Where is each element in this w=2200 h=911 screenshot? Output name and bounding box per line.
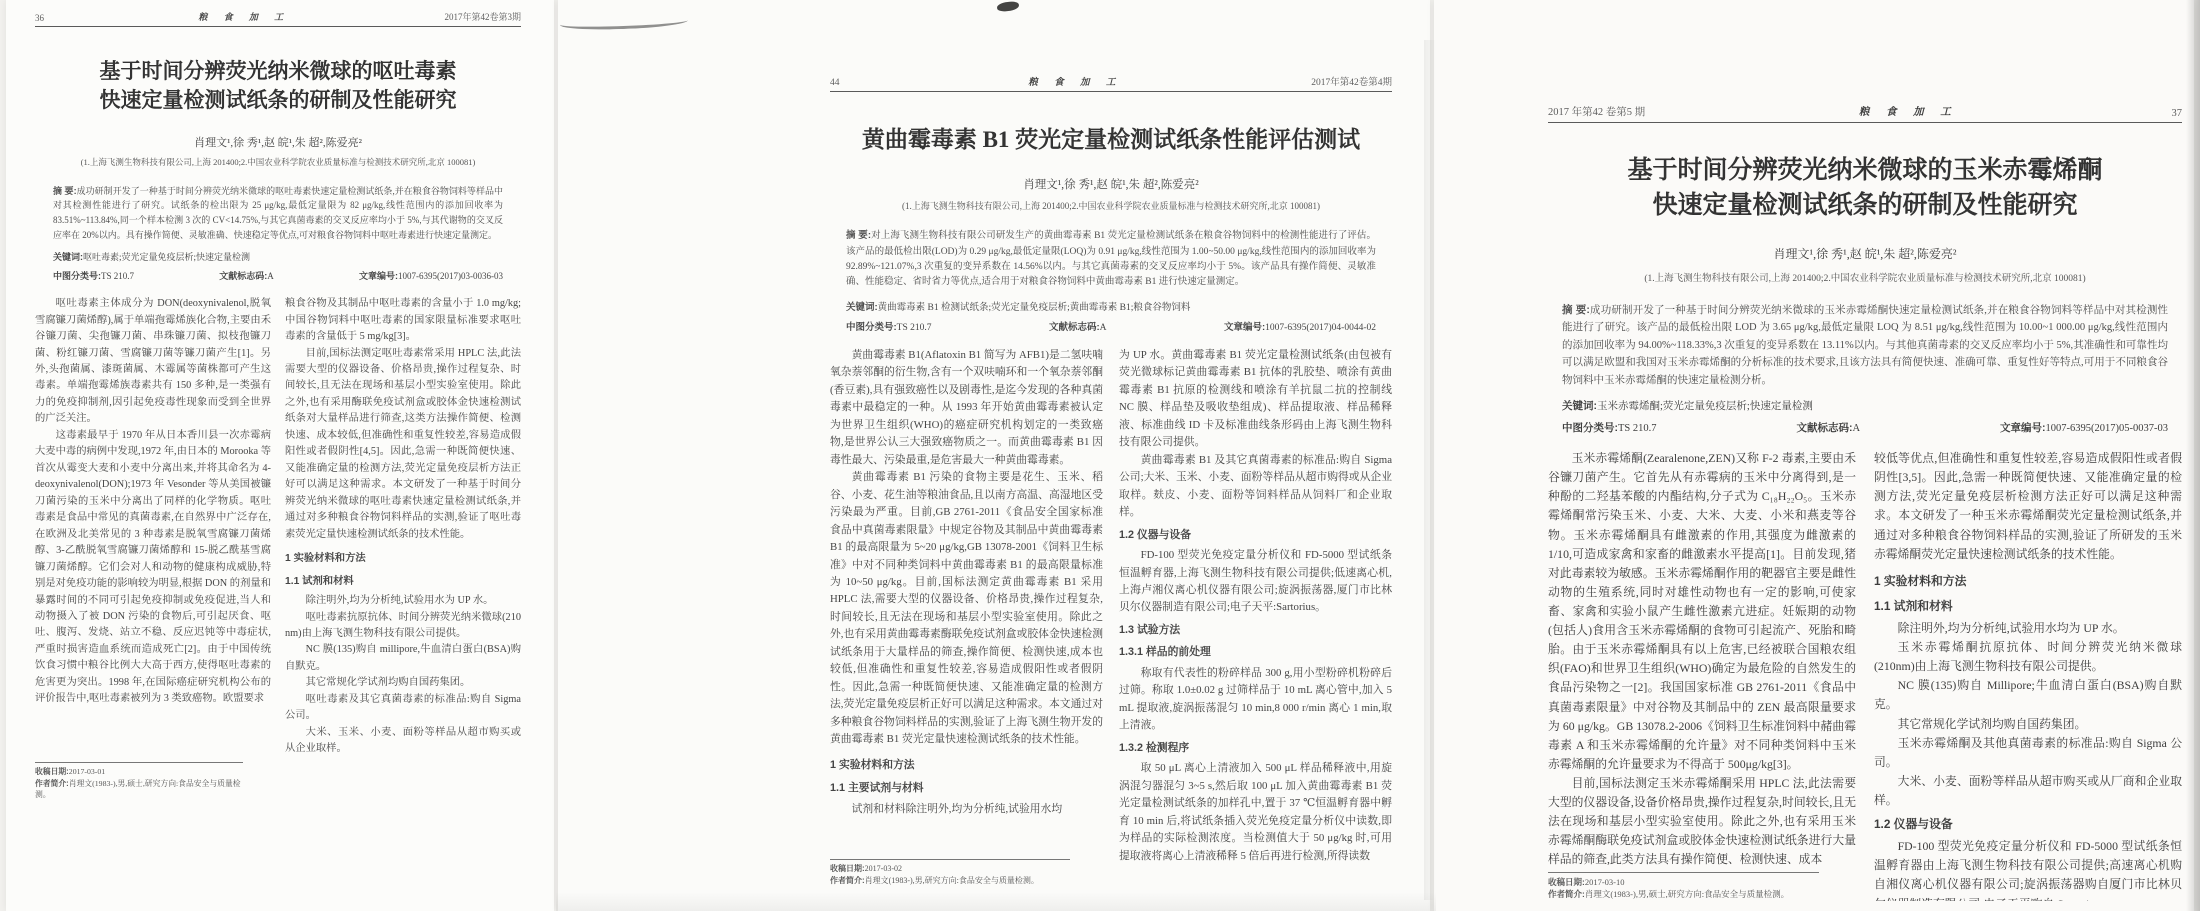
abstract-label: 摘 要:: [1562, 304, 1590, 316]
body-paragraph: 为 UP 水。黄曲霉毒素 B1 荧光定量检测试纸条(由包被有荧光微球标记黄曲霉毒…: [1119, 347, 1392, 452]
journal-name: 粮 食 加 工: [198, 10, 290, 23]
left-column-body: 黄曲霉毒素 B1(Aflatoxin B1 简写为 AFB1)是二氢呋喃氧杂萘邻…: [830, 347, 1103, 859]
journal-name: 粮 食 加 工: [1028, 74, 1122, 88]
right-column-body: 为 UP 水。黄曲霉毒素 B1 荧光定量检测试纸条(由包被有荧光微球标记黄曲霉毒…: [1119, 347, 1392, 887]
body-columns: 黄曲霉毒素 B1(Aflatoxin B1 简写为 AFB1)是二氢呋喃氧杂萘邻…: [830, 347, 1392, 887]
running-header: 2017 年第42 卷第5 期 粮 食 加 工 37: [1548, 104, 2182, 123]
body-paragraph: 除注明外,均为分析纯,试验用水为 UP 水。: [285, 593, 521, 609]
body-paragraph: 黄曲霉毒素 B1(Aflatoxin B1 简写为 AFB1)是二氢呋喃氧杂萘邻…: [830, 347, 1103, 469]
abstract: 摘 要:对上海飞测生物科技有限公司研发生产的黄曲霉毒素 B1 荧光定量检测试纸条…: [830, 228, 1392, 291]
page-number: 44: [830, 78, 840, 88]
classification-row: 中图分类号:TS 210.7 文献标志码:A 文章编号:1007-6395(20…: [35, 269, 521, 282]
running-header: 44 粮 食 加 工 2017年第42卷第4期: [830, 74, 1392, 92]
body-paragraph: 这毒素最早于 1970 年从日本香川县一次赤霉病大麦中毒的病例中发现,1972 …: [35, 428, 271, 708]
keywords-text: 呕吐毒素;荧光定量免疫层析;快速定量检测: [83, 252, 250, 262]
article-number: 文章编号:1007-6395(2017)05-0037-03: [2000, 420, 2168, 435]
title-line-1: 黄曲霉毒素 B1 荧光定量检测试纸条性能评估测试: [862, 127, 1360, 152]
paper-page-3: 2017 年第42 卷第5 期 粮 食 加 工 37 基于时间分辨荧光纳米微球的…: [1548, 104, 2182, 901]
body-columns: 玉米赤霉烯酮(Zearalenone,ZEN)又称 F-2 毒素,主要由禾谷镰刀…: [1548, 449, 2182, 901]
paper-page-2: 44 粮 食 加 工 2017年第42卷第4期 黄曲霉毒素 B1 荧光定量检测试…: [830, 74, 1392, 887]
abstract: 摘 要:成功研制开发了一种基于时间分辨荧光纳米微球的玉米赤霉烯酮快速定量检测试纸…: [1548, 302, 2182, 389]
abstract-label: 摘 要:: [846, 230, 871, 241]
body-paragraph: 玉米赤霉烯酮抗原抗体、时间分辨荧光纳米微球(210nm)由上海飞测生物科技有限公…: [1874, 638, 2182, 676]
scan-bottom-shadow: [556, 892, 1436, 911]
body-paragraph: FD-100 型荧光免疫定量分析仪和 FD-5000 型试纸条恒温孵育器由上海飞…: [1874, 837, 2182, 901]
issue-info: 2017年第42卷第3期: [444, 10, 521, 23]
section-heading: 1.3.1 样品的前处理: [1119, 644, 1392, 661]
title-line-1: 基于时间分辨荧光纳米微球的玉米赤霉烯酮: [1627, 157, 2102, 184]
section-heading: 1 实验材料和方法: [285, 551, 521, 567]
page-number: 37: [2172, 108, 2183, 119]
abstract-text: 成功研制开发了一种基于时间分辨荧光纳米微球的玉米赤霉烯酮快速定量检测试纸条,并在…: [1562, 305, 2168, 386]
scan-edge-shadow: [2186, 0, 2200, 911]
left-column: 黄曲霉毒素 B1(Aflatoxin B1 简写为 AFB1)是二氢呋喃氧杂萘邻…: [830, 347, 1103, 887]
keywords-label: 关键词:: [53, 252, 83, 262]
author-bio: 作者简介:肖理文(1983-),男,研究方向:食品安全与质量检测。: [830, 875, 1070, 887]
paper-page-1: 36 粮 食 加 工 2017年第42卷第3期 基于时间分辨荧光纳米微球的呕吐毒…: [35, 10, 521, 801]
section-heading: 1 实验材料和方法: [1874, 572, 2182, 591]
abstract: 摘 要:成功研制开发了一种基于时间分辨荧光纳米微球的呕吐毒素快速定量检测试纸条,…: [35, 184, 521, 242]
section-heading: 1.1 试剂和材料: [285, 574, 521, 590]
author-bio: 作者简介:肖理文(1983-),男,硕士,研究方向:食品安全与质量检测。: [35, 778, 243, 801]
received-date: 收稿日期:2017-03-10: [1548, 876, 1819, 889]
body-paragraph: 目前,国标法测定玉米赤霉烯酮采用 HPLC 法,此法需要大型的仪器设备,设备价格…: [1548, 774, 1856, 870]
page-number: 36: [35, 13, 44, 23]
keywords-label: 关键词:: [846, 302, 878, 313]
keywords-text: 玉米赤霉烯酮;荧光定量免疫层析;快速定量检测: [1597, 401, 1813, 412]
body-paragraph: FD-100 型荧光免疫定量分析仪和 FD-5000 型试纸条恒温孵育器,上海飞…: [1119, 547, 1392, 617]
authors-line: 肖理文¹,徐 秀¹,赵 皖¹,朱 超²,陈爱亮²: [35, 134, 521, 150]
section-heading: 1.2 仪器与设备: [1874, 815, 2182, 834]
body-paragraph: 较低等优点,但准确性和重复性较差,容易造成假阳性或者假阴性[3,5]。因此,急需…: [1874, 449, 2182, 564]
scan-crease: [1424, 40, 1436, 900]
section-heading: 1.1 主要试剂与材料: [830, 780, 1103, 797]
document-code: 文献标志码:A: [1049, 319, 1107, 333]
keywords-line: 关键词:黄曲霉毒素 B1 检测试纸条;荧光定量免疫层析;黄曲霉毒素 B1;粮食谷…: [830, 299, 1392, 313]
right-column-body: 较低等优点,但准确性和重复性较差,容易造成假阳性或者假阴性[3,5]。因此,急需…: [1874, 449, 2182, 901]
clc-number: 中图分类号:TS 210.7: [846, 319, 932, 333]
document-code: 文献标志码:A: [219, 269, 274, 282]
keywords-line: 关键词:呕吐毒素;荧光定量免疫层析;快速定量检测: [35, 250, 521, 263]
title-line-2: 快速定量检测试纸条的研制及性能研究: [1652, 192, 2077, 219]
article-title: 基于时间分辨荧光纳米微球的呕吐毒素 快速定量检测试纸条的研制及性能研究: [35, 57, 521, 116]
left-column-body: 呕吐毒素主体成分为 DON(deoxynivalenol,脱氧雪腐镰刀菌烯醇),…: [35, 296, 271, 762]
article-number: 文章编号:1007-6395(2017)04-0044-02: [1224, 319, 1376, 333]
body-paragraph: 其它常规化学试剂均购自国药集团。: [1874, 715, 2182, 734]
body-paragraph: 黄曲霉毒素 B1 污染的食物主要是花生、玉米、稻谷、小麦、花生油等粮油食品,且以…: [830, 469, 1103, 749]
body-paragraph: 取 50 μL 离心上清液加入 500 μL 样品稀释液中,用旋涡混匀器混匀 3…: [1119, 760, 1392, 865]
clc-number: 中图分类号:TS 210.7: [53, 269, 134, 282]
affiliation-line: (1.上海飞测生物科技有限公司,上海 201400;2.中国农业科学院农业质量标…: [1548, 270, 2182, 284]
running-header: 36 粮 食 加 工 2017年第42卷第3期: [35, 10, 521, 27]
title-line-1: 基于时间分辨荧光纳米微球的呕吐毒素: [100, 59, 457, 83]
issue-info: 2017年第42卷第4期: [1311, 74, 1392, 88]
body-paragraph: 黄曲霉毒素 B1 及其它真菌毒素的标准品:购自 Sigma 公司;大米、玉米、小…: [1119, 452, 1392, 522]
right-column: 较低等优点,但准确性和重复性较差,容易造成假阳性或者假阴性[3,5]。因此,急需…: [1874, 449, 2182, 901]
classification-row: 中图分类号:TS 210.7 文献标志码:A 文章编号:1007-6395(20…: [1548, 420, 2182, 435]
received-date: 收稿日期:2017-03-02: [830, 863, 1070, 875]
right-column: 粮食谷物及其制品中呕吐毒素的含量小于 1.0 mg/kg;中国谷物饲料中呕吐毒素…: [285, 296, 521, 801]
keywords-line: 关键词:玉米赤霉烯酮;荧光定量免疫层析;快速定量检测: [1548, 398, 2182, 413]
body-paragraph: NC 膜(135)购自 Millipore;牛血清白蛋白(BSA)购自默克。: [1874, 676, 2182, 714]
body-columns: 呕吐毒素主体成分为 DON(deoxynivalenol,脱氧雪腐镰刀菌烯醇),…: [35, 296, 521, 801]
body-paragraph: 呕吐毒素主体成分为 DON(deoxynivalenol,脱氧雪腐镰刀菌烯醇),…: [35, 296, 271, 428]
body-paragraph: 呕吐毒素抗原抗体、时间分辨荧光纳米微球(210 nm)由上海飞测生物科技有限公司…: [285, 610, 521, 643]
article-number: 文章编号:1007-6395(2017)03-0036-03: [359, 269, 503, 282]
body-paragraph: 除注明外,均为分析纯,试验用水均为 UP 水。: [1874, 619, 2182, 638]
left-column: 呕吐毒素主体成分为 DON(deoxynivalenol,脱氧雪腐镰刀菌烯醇),…: [35, 296, 271, 801]
journal-name: 粮 食 加 工: [1859, 104, 1958, 119]
right-column: 为 UP 水。黄曲霉毒素 B1 荧光定量检测试纸条(由包被有荧光微球标记黄曲霉毒…: [1119, 347, 1392, 887]
body-paragraph: NC 膜(135)购自 millipore,牛血清白蛋白(BSA)购自默克。: [285, 642, 521, 675]
authors-line: 肖理文¹,徐 秀¹,赵 皖¹,朱 超²,陈爱亮²: [830, 176, 1392, 192]
right-column-body: 粮食谷物及其制品中呕吐毒素的含量小于 1.0 mg/kg;中国谷物饲料中呕吐毒素…: [285, 296, 521, 801]
footnote: 收稿日期:2017-03-02 作者简介:肖理文(1983-),男,研究方向:食…: [830, 859, 1070, 887]
author-bio: 作者简介:肖理文(1983-),男,硕士,研究方向:食品安全与质量检测。: [1548, 888, 1819, 901]
keywords-text: 黄曲霉毒素 B1 检测试纸条;荧光定量免疫层析;黄曲霉毒素 B1;粮食谷物饲料: [878, 303, 1191, 313]
affiliation-line: (1.上海飞测生物科技有限公司,上海 201400;2.中国农业科学院农业质量标…: [35, 156, 521, 168]
affiliation-line: (1.上海飞测生物科技有限公司,上海 201400;2.中国农业科学院农业质量标…: [830, 199, 1392, 212]
section-heading: 1.2 仪器与设备: [1119, 527, 1392, 544]
footnote: 收稿日期:2017-03-10 作者简介:肖理文(1983-),男,硕士,研究方…: [1548, 872, 1819, 902]
abstract-text: 对上海飞测生物科技有限公司研发生产的黄曲霉毒素 B1 荧光定量检测试纸条在粮食谷…: [846, 231, 1376, 287]
left-column-body: 玉米赤霉烯酮(Zearalenone,ZEN)又称 F-2 毒素,主要由禾谷镰刀…: [1548, 449, 1856, 872]
body-paragraph: 称取有代表性的粉碎样品 300 g,用小型粉碎机粉碎后过筛。称取 1.0±0.0…: [1119, 665, 1392, 735]
issue-info: 2017 年第42 卷第5 期: [1548, 104, 1645, 119]
abstract-label: 摘 要:: [53, 186, 77, 196]
article-title: 基于时间分辨荧光纳米微球的玉米赤霉烯酮 快速定量检测试纸条的研制及性能研究: [1548, 153, 2182, 223]
section-heading: 1.3.2 检测程序: [1119, 740, 1392, 757]
body-paragraph: 粮食谷物及其制品中呕吐毒素的含量小于 1.0 mg/kg;中国谷物饲料中呕吐毒素…: [285, 296, 521, 345]
body-paragraph: 试剂和材料除注明外,均为分析纯,试验用水均: [830, 801, 1103, 818]
abstract-text: 成功研制开发了一种基于时间分辨荧光纳米微球的呕吐毒素快速定量检测试纸条,并在粮食…: [53, 186, 503, 240]
classification-row: 中图分类号:TS 210.7 文献标志码:A 文章编号:1007-6395(20…: [830, 319, 1392, 333]
section-heading: 1.1 试剂和材料: [1874, 597, 2182, 616]
body-paragraph: 玉米赤霉烯酮(Zearalenone,ZEN)又称 F-2 毒素,主要由禾谷镰刀…: [1548, 449, 1856, 774]
body-paragraph: 大米、玉米、小麦、面粉等样品从超市购买或从企业取样。: [285, 725, 521, 758]
clc-number: 中图分类号:TS 210.7: [1562, 420, 1657, 435]
keywords-label: 关键词:: [1562, 400, 1597, 412]
body-paragraph: 玉米赤霉烯酮及其他真菌毒素的标准品:购自 Sigma 公司。: [1874, 734, 2182, 772]
section-heading: 1.3 试验方法: [1119, 622, 1392, 639]
authors-line: 肖理文¹,徐 秀¹,赵 皖¹,朱 超²,陈爱亮²: [1548, 245, 2182, 262]
footnote: 收稿日期:2017-03-01 作者简介:肖理文(1983-),男,硕士,研究方…: [35, 762, 243, 801]
article-title: 黄曲霉毒素 B1 荧光定量检测试纸条性能评估测试: [830, 124, 1392, 156]
body-paragraph: 大米、小麦、面粉等样品从超市购买或从厂商和企业取样。: [1874, 772, 2182, 810]
section-heading: 1 实验材料和方法: [830, 757, 1103, 774]
left-column: 玉米赤霉烯酮(Zearalenone,ZEN)又称 F-2 毒素,主要由禾谷镰刀…: [1548, 449, 1856, 901]
body-paragraph: 其它常规化学试剂均购自国药集团。: [285, 675, 521, 691]
body-paragraph: 目前,国标法测定呕吐毒素常采用 HPLC 法,此法需要大型的仪器设备、价格昂贵,…: [285, 346, 521, 544]
title-line-2: 快速定量检测试纸条的研制及性能研究: [100, 88, 457, 112]
document-code: 文献标志码:A: [1796, 420, 1860, 435]
received-date: 收稿日期:2017-03-01: [35, 766, 243, 778]
body-paragraph: 呕吐毒素及其它真菌毒素的标准品:购自 Sigma 公司。: [285, 692, 521, 725]
